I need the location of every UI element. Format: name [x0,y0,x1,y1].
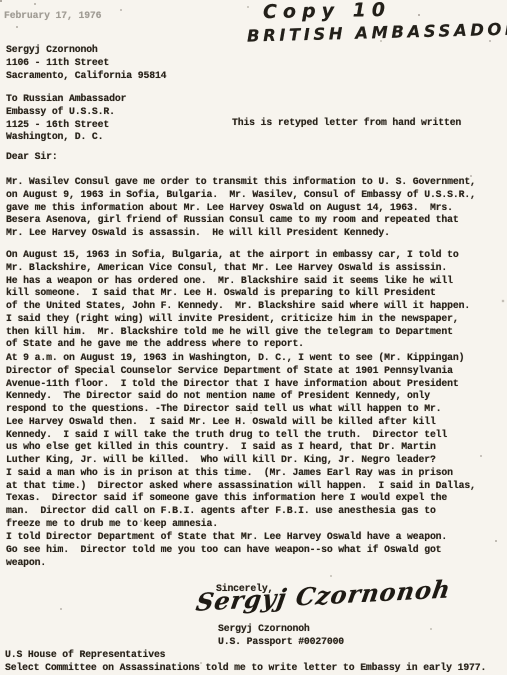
paragraph-2: On August 15, 1963 in Sofia, Bulgaria, a… [6,249,470,351]
passport-number: U.S. Passport #0027000 [218,636,344,649]
letter-page: February 17, 1976 Copy 10 BRITISH AMBASS… [0,0,507,675]
paragraph-1: Mr. Wasilev Consul gave me order to tran… [6,176,476,240]
retyped-note: This is retyped letter from hand written [232,117,461,130]
paragraph-3: At 9 a.m. on August 19, 1963 in Washingt… [6,352,476,531]
paragraph-4: I told Director Department of State that… [6,531,447,569]
date-line: February 17, 1976 [4,10,101,23]
salutation: Dear Sir: [6,151,58,164]
recipient-address: To Russian Ambassador Embassy of U.S.S.R… [6,93,126,144]
handwritten-addressee-note: BRITISH AMBASSADOR [247,23,507,43]
signature-typed-name: Sergyj Czornonoh [218,623,310,636]
footer-note: U.S House of Representatives Select Comm… [5,649,486,675]
sender-address: Sergyj Czornonoh 1106 - 11th Street Sacr… [6,44,166,82]
paper-speckles [0,0,2,2]
handwritten-copy-note: Copy 10 [263,4,391,19]
handwritten-signature: Sergyj Czornonoh [195,583,451,609]
